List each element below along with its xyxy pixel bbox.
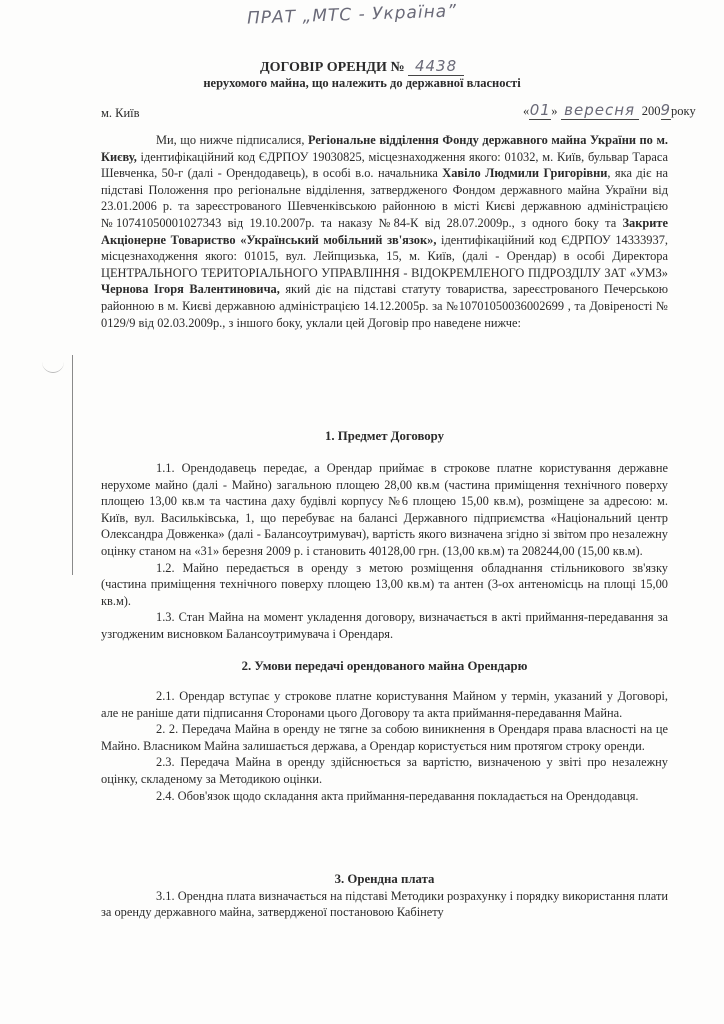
clause-3-1: 3.1. Орендна плата визначається на підст… xyxy=(101,888,668,921)
section-2-clauses: 2.1. Орендар вступає у строкове платне к… xyxy=(101,688,668,804)
margin-vertical-line xyxy=(72,355,73,575)
date-day: 01 xyxy=(529,101,551,120)
margin-pen-mark xyxy=(42,362,64,373)
lessee-representative: Чернова Ігоря Валентиновича, xyxy=(101,282,280,296)
section-3: 3. Орендна плата 3.1. Орендна плата визн… xyxy=(101,871,668,921)
clause-2-1: 2.1. Орендар вступає у строкове платне к… xyxy=(101,688,668,721)
section-heading: 1. Предмет Договору xyxy=(101,428,668,445)
section-heading: 3. Орендна плата xyxy=(101,871,668,888)
section-2: 2. Умови передачі орендованого майна Оре… xyxy=(101,658,668,675)
date-month: вересня xyxy=(561,101,639,120)
document-page: ПРАТ „МТС - Україна” ДОГОВІР ОРЕНДИ № 44… xyxy=(0,0,724,1024)
date-quote-close: » xyxy=(551,104,557,118)
date-year-prefix: 200 xyxy=(642,104,661,118)
handwritten-annotation: ПРАТ „МТС - Україна” xyxy=(247,1,458,28)
clause-2-2: 2. 2. Передача Майна в оренду не тягне з… xyxy=(101,721,668,754)
date-year-digit: 9 xyxy=(661,101,672,120)
section-1-clauses: 1.1. Орендодавець передає, а Орендар при… xyxy=(101,460,668,643)
section-heading: 2. Умови передачі орендованого майна Оре… xyxy=(101,658,668,675)
preamble: Ми, що нижче підписалися, Регіональне ві… xyxy=(101,132,668,331)
contract-number: 4438 xyxy=(408,57,464,76)
clause-2-3: 2.3. Передача Майна в оренду здійснюєтьс… xyxy=(101,754,668,787)
lessor-representative: Хавіло Людмили Григорівни xyxy=(442,166,607,180)
section-1: 1. Предмет Договору xyxy=(101,428,668,445)
contract-subtitle: нерухомого майна, що належить до державн… xyxy=(0,76,724,91)
clause-1-1: 1.1. Орендодавець передає, а Орендар при… xyxy=(101,460,668,560)
contract-title-label: ДОГОВІР ОРЕНДИ № xyxy=(260,60,405,75)
contract-title: ДОГОВІР ОРЕНДИ № 4438 xyxy=(0,57,724,76)
clause-2-4: 2.4. Обов'язок щодо складання акта прийм… xyxy=(101,788,668,805)
clause-1-2: 1.2. Майно передається в оренду з метою … xyxy=(101,560,668,610)
preamble-text: Ми, що нижче підписалися, xyxy=(156,133,308,147)
clause-1-3: 1.3. Стан Майна на момент укладення дого… xyxy=(101,609,668,642)
preamble-paragraph: Ми, що нижче підписалися, Регіональне ві… xyxy=(101,132,668,331)
date-suffix: року xyxy=(671,104,696,118)
place-of-signing: м. Київ xyxy=(101,106,140,121)
contract-date: «01» вересня 2009року xyxy=(523,101,696,120)
